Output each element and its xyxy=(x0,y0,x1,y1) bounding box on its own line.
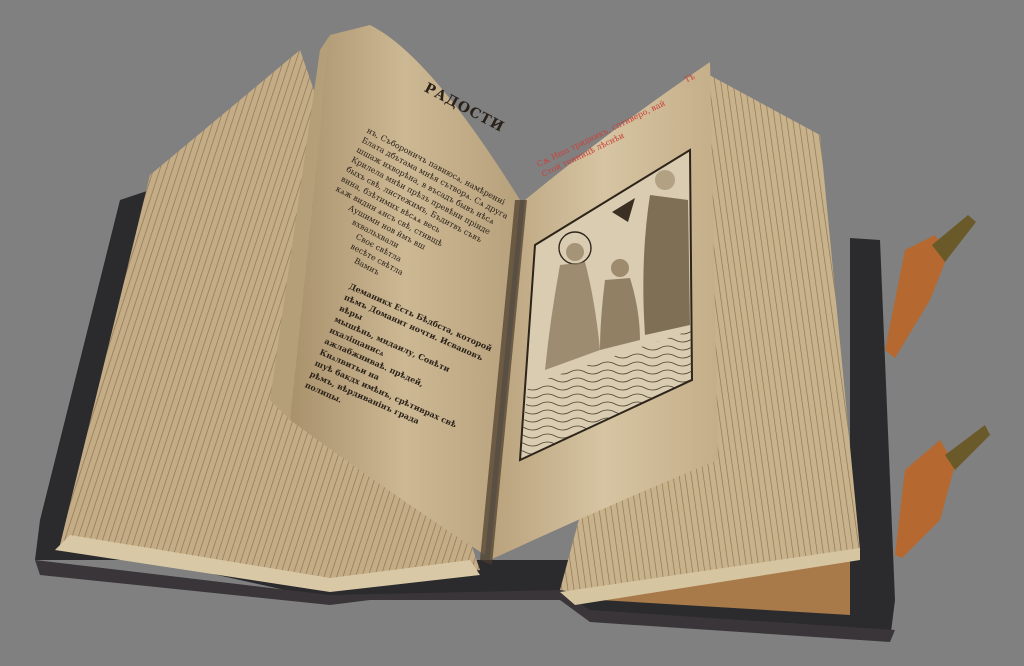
open-book-illustration xyxy=(0,0,1024,666)
photo-scene: РАДОСТИ нъ, Събороничъ павиюсѧ, намѣрени… xyxy=(0,0,1024,666)
lower-clasp xyxy=(895,425,990,558)
upper-clasp xyxy=(885,215,976,358)
